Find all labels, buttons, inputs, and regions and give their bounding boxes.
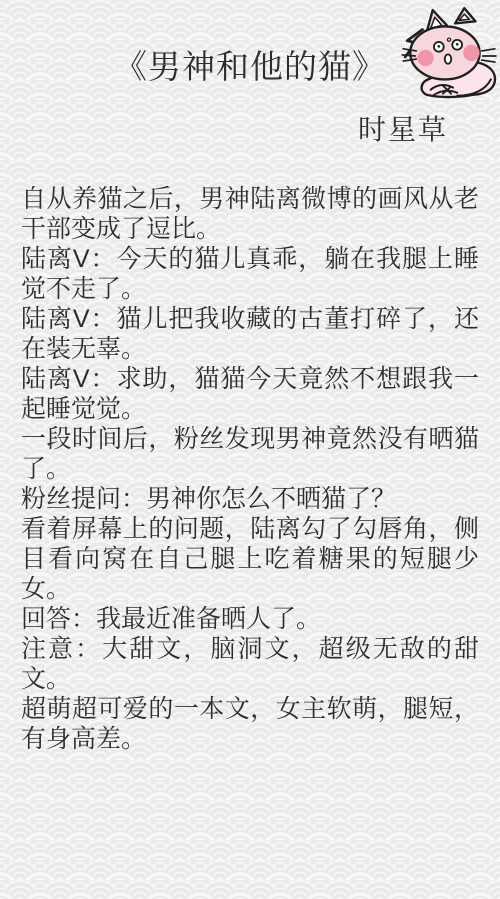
synopsis-paragraph: 注意：大甜文，脑洞文，超级无敌的甜文。 — [21, 634, 479, 694]
synopsis-paragraph: 自从养猫之后，男神陆离微博的画风从老干部变成了逗比。 — [21, 184, 479, 244]
synopsis-paragraph: 看着屏幕上的问题，陆离勾了勾唇角，侧目看向窝在自己腿上吃着糖果的短腿少女。 — [21, 514, 479, 604]
novel-intro-page: 《男神和他的猫》 时星草 自从养猫之后，男神陆离微博的画风从老干部变成了逗比。陆… — [0, 0, 500, 899]
synopsis-paragraph: 超萌超可爱的一本文，女主软萌，腿短，有身高差。 — [21, 694, 479, 754]
synopsis-paragraph: 一段时间后，粉丝发现男神竟然没有晒猫了。 — [21, 424, 479, 484]
synopsis-paragraph: 回答：我最近准备晒人了。 — [21, 604, 479, 634]
author-name: 时星草 — [0, 112, 500, 148]
cat-blush-right — [463, 45, 479, 61]
surprised-cat-icon — [396, 6, 500, 106]
synopsis-text: 自从养猫之后，男神陆离微博的画风从老干部变成了逗比。陆离V：今天的猫儿真乖，躺在… — [0, 184, 500, 754]
cat-mouth — [445, 54, 452, 63]
synopsis-paragraph: 粉丝提问：男神你怎么不晒猫了？ — [21, 484, 479, 514]
synopsis-paragraph: 陆离V：猫儿把我收藏的古董打碎了，还在装无辜。 — [21, 304, 479, 364]
cat-blush-left — [417, 50, 433, 66]
synopsis-paragraph: 陆离V：今天的猫儿真乖，躺在我腿上睡觉不走了。 — [21, 244, 479, 304]
synopsis-paragraph: 陆离V：求助，猫猫今天竟然不想跟我一起睡觉觉。 — [21, 364, 479, 424]
